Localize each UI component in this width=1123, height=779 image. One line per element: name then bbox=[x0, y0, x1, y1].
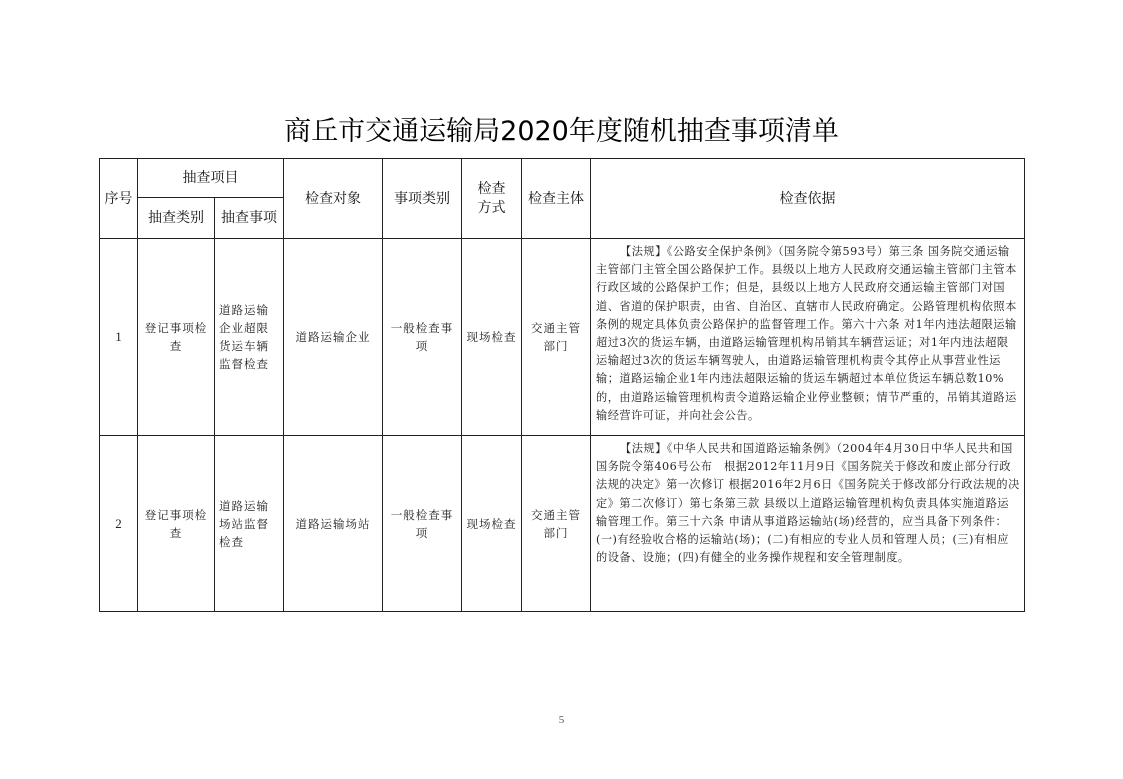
row-basis: 【法规】《中华人民共和国道路运输条例》（2004年4月30日中华人民共和国国务院… bbox=[591, 436, 1025, 612]
row-category: 登记事项检查 bbox=[138, 436, 215, 612]
header-check-method: 检查方式 bbox=[462, 159, 522, 239]
row-item: 道路运输场站监督检查 bbox=[215, 436, 284, 612]
row-basis-text: 【法规】《中华人民共和国道路运输条例》（2004年4月30日中华人民共和国国务院… bbox=[596, 442, 1020, 564]
row-item: 道路运输企业超限货运车辆监督检查 bbox=[215, 239, 284, 436]
header-check-item: 抽查事项 bbox=[215, 198, 284, 239]
inspection-table: 序号 抽查项目 检查对象 事项类别 检查方式 检查主体 检查依据 抽查类别 抽查… bbox=[99, 158, 1025, 612]
row-item-text: 道路运输企业超限货运车辆监督检查 bbox=[219, 301, 279, 373]
header-check-subject: 检查主体 bbox=[522, 159, 591, 239]
row-type-text: 一般检查事项 bbox=[386, 319, 458, 355]
row-seq: 1 bbox=[100, 239, 138, 436]
header-seq: 序号 bbox=[100, 159, 138, 239]
page-number: 5 bbox=[0, 714, 1123, 726]
row-method: 现场检查 bbox=[462, 436, 522, 612]
row-category-text: 登记事项检查 bbox=[141, 319, 211, 355]
row-item-text: 道路运输场站监督检查 bbox=[219, 497, 279, 551]
row-subject-text: 交通主管部门 bbox=[526, 506, 586, 542]
row-basis: 【法规】《公路安全保护条例》（国务院令第593号）第三条 国务院交通运输主管部门… bbox=[591, 239, 1025, 436]
row-object: 道路运输场站 bbox=[284, 436, 383, 612]
table-row: 2 登记事项检查 道路运输场站监督检查 道路运输场站 一般检查事项 现场检查 交… bbox=[100, 436, 1025, 612]
row-method: 现场检查 bbox=[462, 239, 522, 436]
document-title: 商丘市交通运输局2020年度随机抽查事项清单 bbox=[0, 114, 1123, 150]
row-subject: 交通主管部门 bbox=[522, 436, 591, 612]
row-type: 一般检查事项 bbox=[383, 239, 462, 436]
header-check-object: 检查对象 bbox=[284, 159, 383, 239]
row-basis-text: 【法规】《公路安全保护条例》（国务院令第593号）第三条 国务院交通运输主管部门… bbox=[596, 245, 1017, 422]
row-category: 登记事项检查 bbox=[138, 239, 215, 436]
row-subject: 交通主管部门 bbox=[522, 239, 591, 436]
row-category-text: 登记事项检查 bbox=[141, 506, 211, 542]
table-row: 1 登记事项检查 道路运输企业超限货运车辆监督检查 道路运输企业 一般检查事项 … bbox=[100, 239, 1025, 436]
row-type-text: 一般检查事项 bbox=[386, 506, 458, 542]
header-row-top: 序号 抽查项目 检查对象 事项类别 检查方式 检查主体 检查依据 bbox=[100, 159, 1025, 198]
row-subject-text: 交通主管部门 bbox=[526, 319, 586, 355]
header-check-category: 抽查类别 bbox=[138, 198, 215, 239]
row-seq: 2 bbox=[100, 436, 138, 612]
row-object: 道路运输企业 bbox=[284, 239, 383, 436]
header-item-type: 事项类别 bbox=[383, 159, 462, 239]
header-check-method-text: 检查方式 bbox=[476, 180, 508, 218]
row-type: 一般检查事项 bbox=[383, 436, 462, 612]
header-check-project: 抽查项目 bbox=[138, 159, 284, 198]
header-check-basis: 检查依据 bbox=[591, 159, 1025, 239]
